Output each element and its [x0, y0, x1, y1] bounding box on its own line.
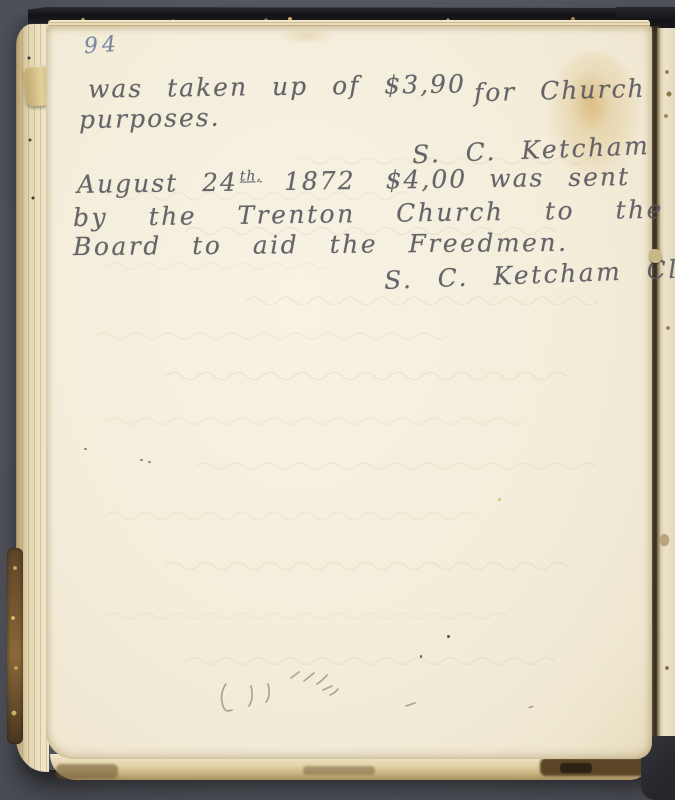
clerk-signature-2: S. C. Ketcham Clk [384, 254, 675, 295]
ink-speck [140, 459, 143, 461]
photo-of-ledger-book: 94 was taken up of $3,90 for Church purp… [0, 0, 675, 800]
page-edge-nub [649, 249, 662, 263]
handwriting-line-5: Board to aid the Freedmen. [73, 228, 569, 261]
worn-spot-bottom-right [540, 758, 646, 776]
handwriting-line-4: by the Trenton Church to the [73, 195, 664, 232]
handwriting-line-3: August 24th,1872$4,00was sent [77, 162, 630, 199]
sent-text: was sent [489, 162, 630, 193]
ordinal-superscript: th, [240, 168, 262, 184]
manuscript-page: 94 was taken up of $3,90 for Church purp… [46, 26, 652, 759]
worn-spot-bottom-right-dark [560, 763, 592, 773]
ink-speck [528, 705, 534, 708]
ink-speck [447, 635, 450, 638]
worn-spot-bottom-left [56, 764, 118, 779]
date-text: August 24 [77, 168, 238, 199]
page-edge-nub [660, 534, 669, 545]
stain-mark-top [278, 28, 336, 44]
ink-speck [84, 448, 87, 450]
ink-speck [420, 655, 422, 658]
handwriting-line-1-right: for Church [474, 74, 646, 107]
faint-scribble [196, 656, 456, 726]
ink-speck [148, 461, 151, 463]
amount-text: $4,00 [385, 164, 467, 194]
handwriting-line-1-left: was taken up of $3,90 [88, 69, 466, 103]
worn-spot-bottom-center [303, 766, 375, 775]
handwriting-line-2: purposes. [79, 103, 221, 134]
stain-speck [498, 498, 501, 501]
page-number: 94 [83, 32, 121, 59]
year-text: 1872 [284, 166, 356, 196]
worn-cover-left-edge [7, 548, 23, 744]
